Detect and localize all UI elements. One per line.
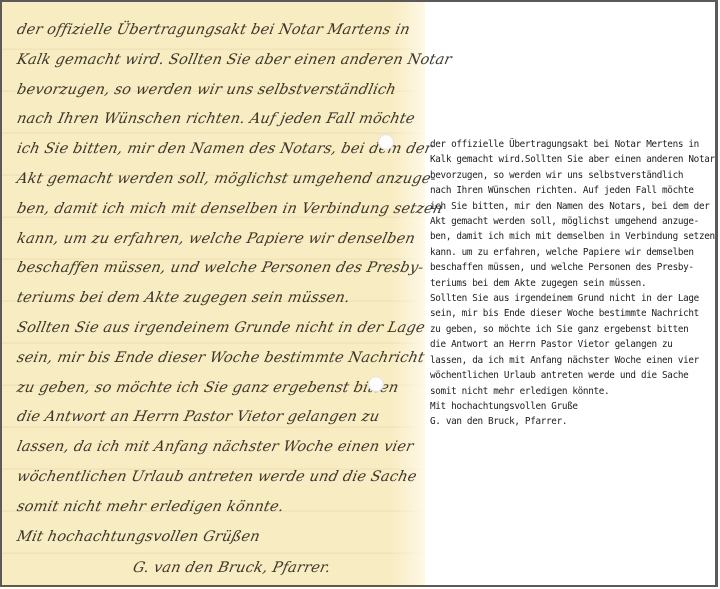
transcription-line: bevorzugen, so werden wir uns selbstvers… xyxy=(430,168,700,183)
transcription-line: ben, damit ich mich mit demselben in Ver… xyxy=(430,229,700,244)
transcription-line: ich Sie bitten, mir den Namen des Notars… xyxy=(430,199,700,214)
punch-hole xyxy=(378,134,394,150)
transcription-line: Sollten Sie aus irgendeinem Grund nicht … xyxy=(430,291,700,306)
transcription-line: teriums bei dem Akte zugegen sein müssen… xyxy=(430,276,700,291)
transcription-line: Kalk gemacht wird.Sollten Sie aber einen… xyxy=(430,152,700,167)
transcription-line: somit nicht mehr erledigen könnte. xyxy=(430,384,700,399)
transcription-line: nach Ihren Wünschen richten. Auf jeden F… xyxy=(430,183,700,198)
handwritten-letter-layout xyxy=(2,2,425,585)
punch-hole xyxy=(368,376,384,392)
transcription-line: beschaffen müssen, und welche Personen d… xyxy=(430,260,700,275)
typed-transcription: der offizielle Übertragungsakt bei Notar… xyxy=(430,137,720,430)
transcription-signature: G. van den Bruck, Pfarrer. xyxy=(430,414,700,429)
transcription-line: kann. um zu erfahren, welche Papiere wir… xyxy=(430,245,700,260)
transcription-line: Akt gemacht werden soll, möglichst umgeh… xyxy=(430,214,700,229)
transcription-closing: Mit hochachtungsvollen Gruße xyxy=(430,399,700,414)
transcription-line: der offizielle Übertragungsakt bei Notar… xyxy=(430,137,700,152)
transcription-line: wöchentlichen Urlaub antreten werde und … xyxy=(430,368,700,383)
transcription-line: zu geben, so möchte ich Sie ganz ergeben… xyxy=(430,322,700,337)
transcription-line: sein, mir bis Ende dieser Woche bestimmt… xyxy=(430,306,700,321)
transcription-line: lassen, da ich mit Anfang nächster Woche… xyxy=(430,353,700,368)
transcription-line: die Antwort an Herrn Pastor Vietor gelan… xyxy=(430,337,700,352)
